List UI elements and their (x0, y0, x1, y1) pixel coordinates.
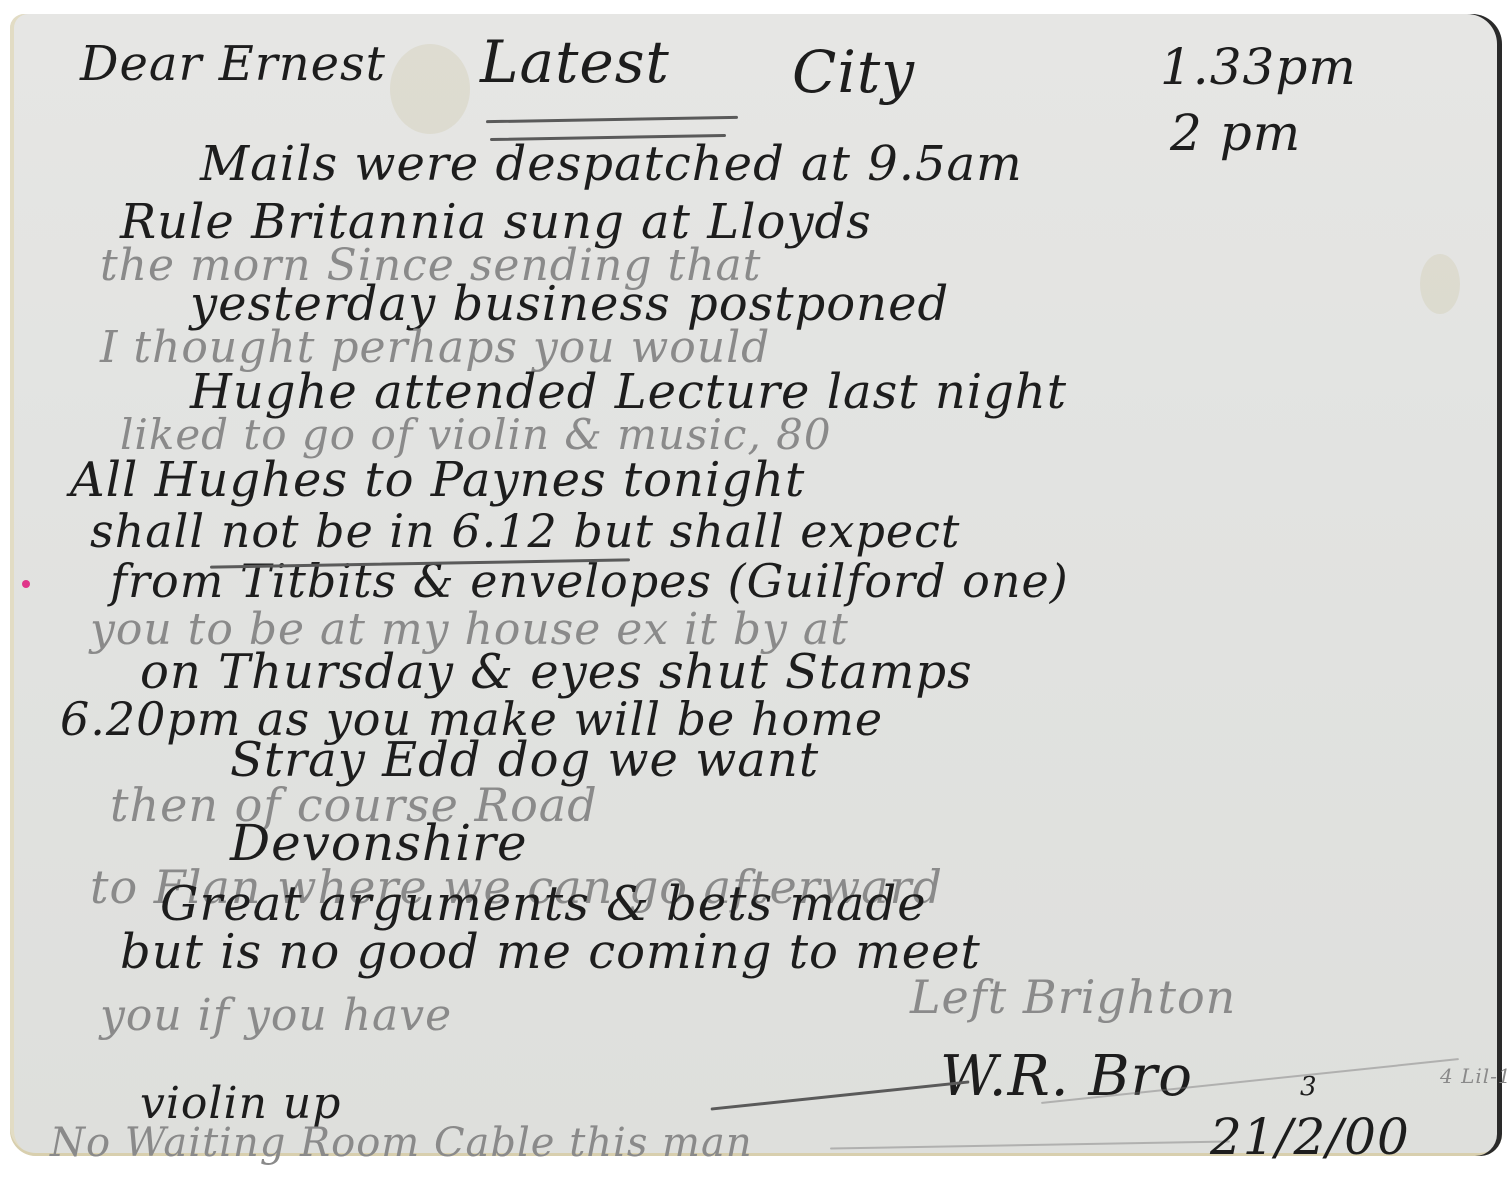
body-line: All Hughes to Paynes tonight (70, 452, 805, 508)
greeting: Dear Ernest (80, 36, 386, 92)
body-line: but is no good me coming to meet (120, 924, 981, 980)
body-line: shall not be in 6.12 but shall expect (90, 504, 960, 558)
paper-stain (1420, 254, 1460, 314)
time-1: 1.33pm (1160, 38, 1357, 96)
margin-number: 3 (1300, 1072, 1318, 1102)
date: 21/2/00 (1210, 1108, 1410, 1166)
postcard: Dear Ernest Latest City 1.33pm 2 pm Mail… (10, 14, 1502, 1156)
body-line: Mails were despatched at 9.5am (200, 136, 1023, 192)
signature-flourish (711, 1080, 970, 1110)
time-2: 2 pm (1170, 104, 1301, 162)
corner-note: 4 Lil-1 (1440, 1064, 1511, 1088)
footer-underline (830, 1141, 1230, 1150)
title: Latest (480, 28, 670, 96)
title-underline (486, 116, 738, 123)
signoff: Left Brighton (910, 970, 1236, 1024)
footer-note: No Waiting Room Cable this man (50, 1120, 753, 1166)
body-line-faint: you if you have (100, 990, 452, 1041)
place: City (792, 38, 915, 106)
pink-mark (22, 580, 30, 588)
body-line: from Titbits & envelopes (Guilford one) (110, 554, 1069, 608)
paper-stain (390, 44, 470, 134)
